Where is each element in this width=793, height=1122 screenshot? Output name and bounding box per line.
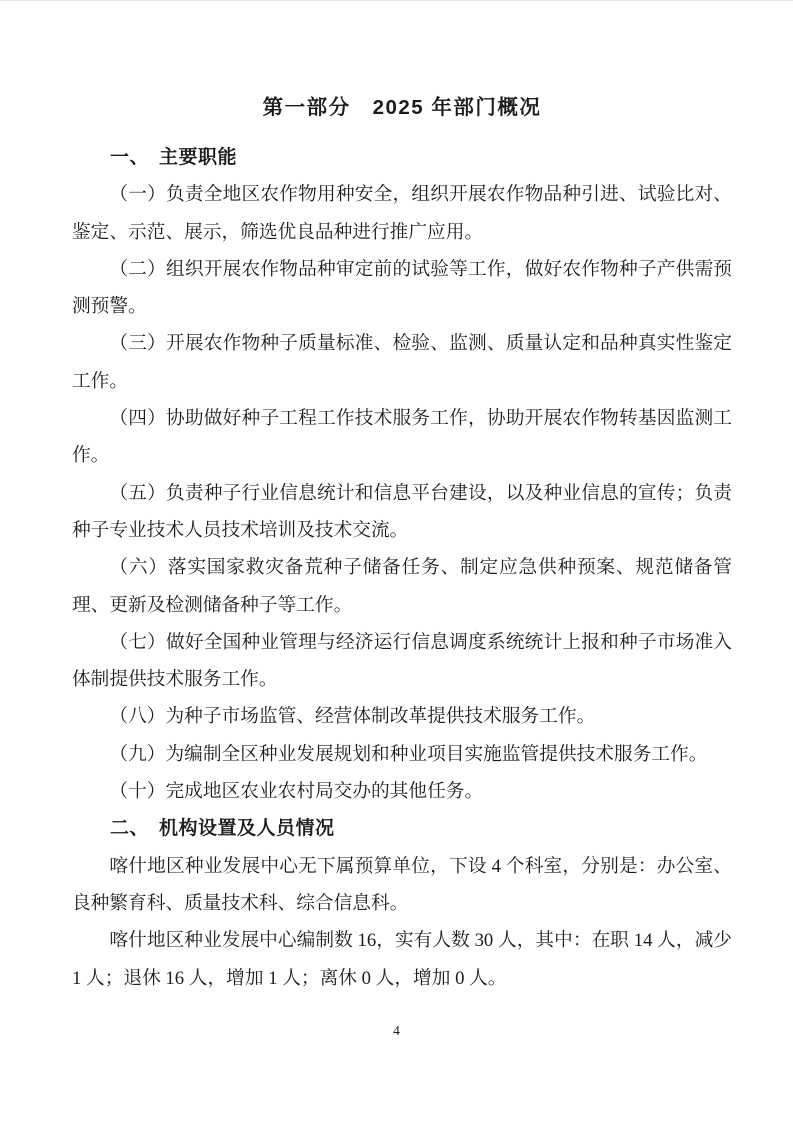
paragraph: （五）负责种子行业信息统计和信息平台建设，以及种业信息的宣传；负责种子专业技术人… [72, 475, 732, 550]
paragraph: 喀什地区种业发展中心无下属预算单位，下设 4 个科室，分别是：办公室、良种繁育科… [72, 848, 732, 923]
paragraph: （三）开展农作物种子质量标准、检验、监测、质量认定和品种真实性鉴定工作。 [72, 325, 732, 400]
paragraph: （十）完成地区农业农村局交办的其他任务。 [72, 773, 732, 810]
paragraph: （四）协助做好种子工程工作技术服务工作，协助开展农作物转基因监测工作。 [72, 400, 732, 475]
paragraph: （六）落实国家救灾备荒种子储备任务、制定应急供种预案、规范储备管理、更新及检测储… [72, 549, 732, 624]
section-heading-organization-staff: 二、 机构设置及人员情况 [72, 810, 732, 847]
paragraph: （八）为种子市场监管、经营体制改革提供技术服务工作。 [72, 698, 732, 735]
paragraph: （九）为编制全区种业发展规划和种业项目实施监管提供技术服务工作。 [72, 736, 732, 773]
document-page: 第一部分 2025 年部门概况 一、 主要职能 （一）负责全地区农作物用种安全，… [0, 0, 793, 1122]
paragraph: （一）负责全地区农作物用种安全，组织开展农作物品种引进、试验比对、鉴定、示范、展… [72, 176, 732, 251]
page-number: 4 [0, 1022, 793, 1040]
paragraph: （二）组织开展农作物品种审定前的试验等工作，做好农作物种子产供需预测预警。 [72, 251, 732, 326]
section-heading-main-functions: 一、 主要职能 [72, 139, 732, 176]
document-title: 第一部分 2025 年部门概况 [72, 93, 732, 123]
page-top-edge [0, 0, 793, 1]
paragraph: 喀什地区种业发展中心编制数 16，实有人数 30 人，其中：在职 14 人，减少… [72, 922, 732, 997]
paragraph: （七）做好全国种业管理与经济运行信息调度系统统计上报和种子市场准入体制提供技术服… [72, 624, 732, 699]
